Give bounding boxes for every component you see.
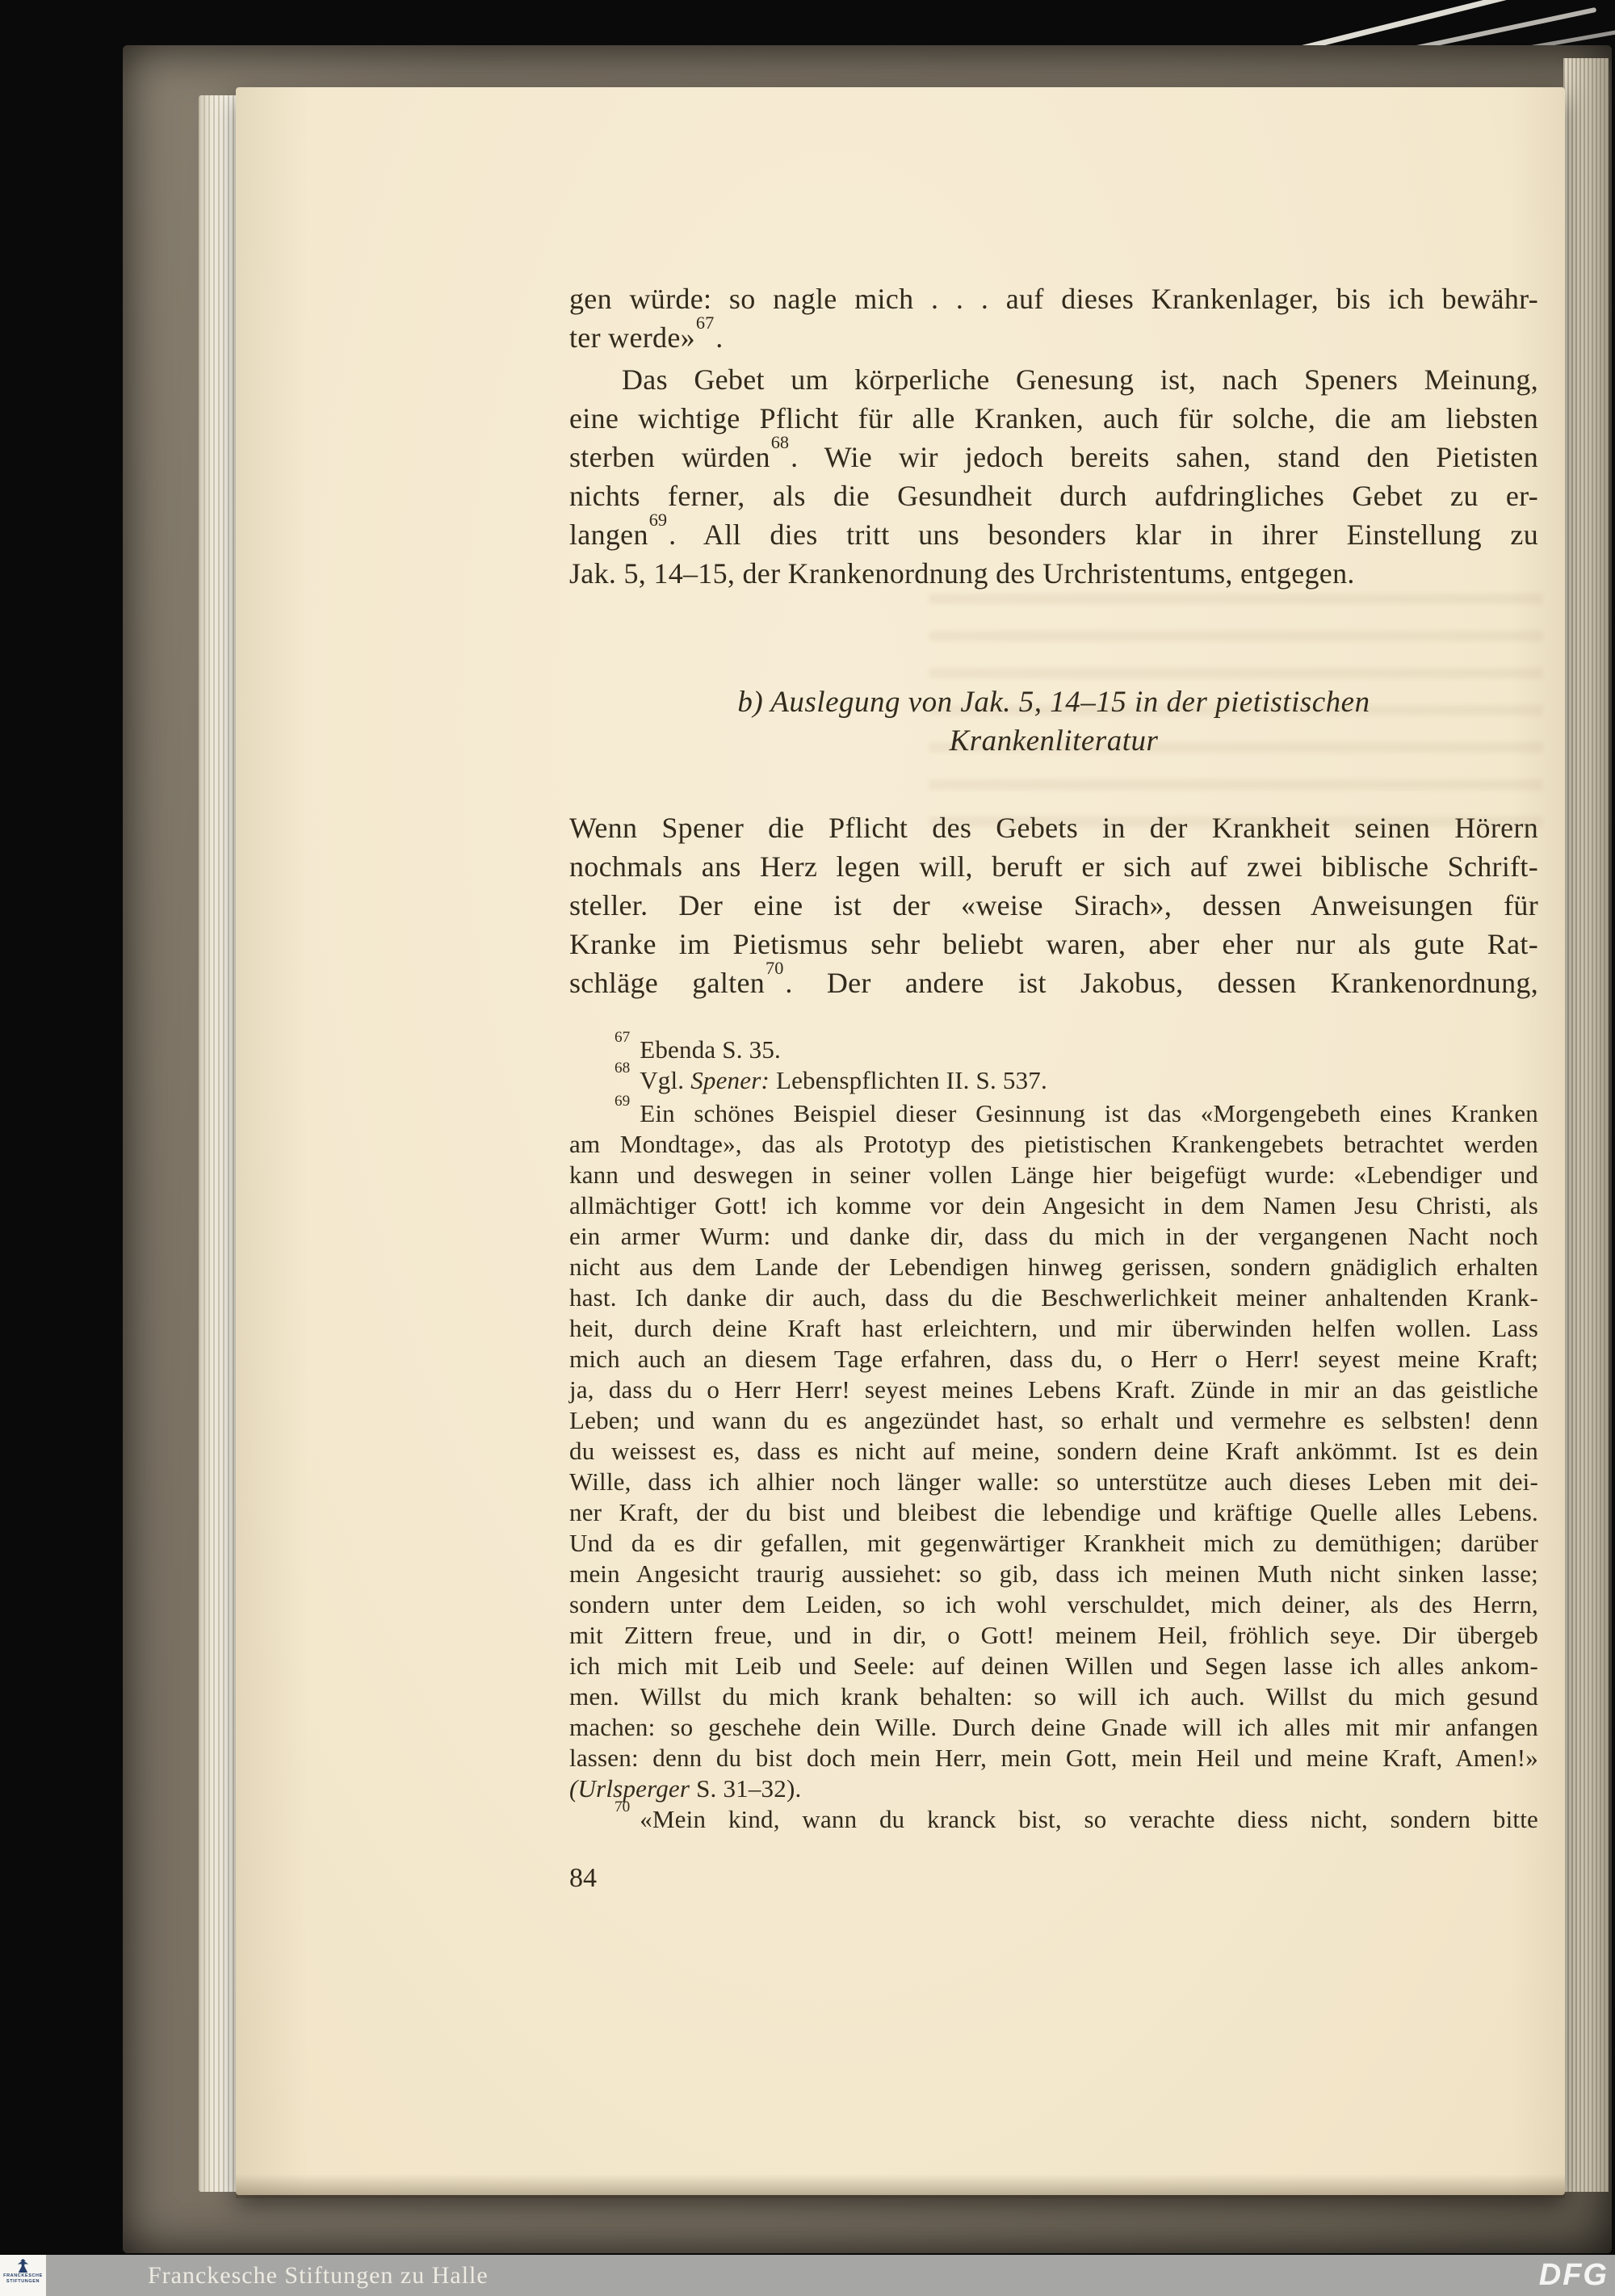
text-line: mein Angesicht traurig aussiehet: so gib…	[569, 1559, 1538, 1589]
text-line: mich auch an diesem Tage erfahren, dass …	[569, 1344, 1538, 1375]
text-line: Kranke im Pietismus sehr beliebt waren, …	[569, 925, 1538, 963]
text-line: machen: so geschehe dein Wille. Durch de…	[569, 1712, 1538, 1743]
text-line: nicht aus dem Lande der Lebendigen hinwe…	[569, 1252, 1538, 1282]
text-line: heit, durch deine Kraft hast erleichtern…	[569, 1313, 1538, 1344]
page-stack-right-edge	[1563, 58, 1609, 2192]
text-line: am Mondtage», das als Prototyp des pieti…	[569, 1129, 1538, 1160]
scanned-book-page: gen würde: so nagle mich . . . auf diese…	[0, 0, 1615, 2296]
footnote-ref-70: 70	[766, 958, 783, 978]
footnote-69-body: am Mondtage», das als Prototyp des pieti…	[569, 1129, 1538, 1773]
footnote-ref-68: 68	[771, 432, 789, 452]
text-line: ein armer Wurm: und danke dir, dass du m…	[569, 1221, 1538, 1252]
text-line: ner Kraft, der du bist und bleibest die …	[569, 1497, 1538, 1528]
footnote-number: 68	[615, 1060, 630, 1077]
eagle-icon	[17, 2259, 29, 2273]
text-line: Wenn Spener die Pflicht des Gebets in de…	[569, 808, 1538, 847]
text-line: hast. Ich danke dir auch, dass du die Be…	[569, 1282, 1538, 1313]
logo-caption: FRANCKESCHE STIFTUNGEN	[0, 2273, 46, 2284]
text-line: men. Willst du mich krank behalten: so w…	[569, 1681, 1538, 1712]
text-line: Das Gebet um körperliche Genesung ist, n…	[569, 360, 1538, 399]
text-line: gen würde: so nagle mich . . . auf diese…	[569, 279, 1538, 318]
footnote-number: 69	[615, 1093, 630, 1110]
footer-library-name: Franckesche Stiftungen zu Halle	[148, 2255, 489, 2296]
footnote-69-first-line: 69Ein schönes Beispiel dieser Gesinnung …	[569, 1098, 1538, 1129]
text-line: langen69. All dies tritt uns besonders k…	[569, 515, 1538, 554]
text-line: ter werde»67.	[569, 318, 1538, 357]
heading-line: b) Auslegung von Jak. 5, 14–15 in der pi…	[569, 683, 1538, 722]
section-heading: b) Auslegung von Jak. 5, 14–15 in der pi…	[569, 683, 1538, 761]
text-line: steller. Der eine ist der «weise Sirach»…	[569, 886, 1538, 925]
dfg-logo: DFG	[1539, 2255, 1609, 2296]
paragraph-2: Das Gebet um körperliche Genesung ist, n…	[569, 360, 1538, 593]
text-line: Und da es dir gefallen, mit gegenwärtige…	[569, 1528, 1538, 1559]
text-line: lassen: denn du bist doch mein Herr, mei…	[569, 1743, 1538, 1773]
footnote-ref-69: 69	[649, 510, 667, 530]
footnote-number: 67	[615, 1029, 630, 1046]
text-line: allmächtiger Gott! ich komme vor dein An…	[569, 1190, 1538, 1221]
footnote-67: 67Ebenda S. 35.	[569, 1035, 1538, 1065]
footnote-70: 70«Mein kind, wann du kranck bist, so ve…	[569, 1804, 1538, 1835]
text-line: mit Zittern freue, und in dir, o Gott! m…	[569, 1620, 1538, 1651]
text-line: Jak. 5, 14–15, der Krankenordnung des Ur…	[569, 554, 1538, 593]
text-line: eine wichtige Pflicht für alle Kranken, …	[569, 399, 1538, 438]
gutter-shadow	[236, 87, 308, 2195]
franckesche-stiftungen-logo: FRANCKESCHE STIFTUNGEN	[0, 2255, 46, 2296]
text-line: Leben; und wann du es angezündet hast, s…	[569, 1405, 1538, 1436]
footnote-69-source: (Urlsperger S. 31–32).	[569, 1773, 1538, 1804]
text-line: ich mich mit Leib und Seele: auf deinen …	[569, 1651, 1538, 1681]
text-line: Wille, dass ich alhier noch länger walle…	[569, 1467, 1538, 1497]
footnote-68: 68Vgl. Spener: Lebenspflichten II. S. 53…	[569, 1065, 1538, 1096]
footnote-ref-67: 67	[696, 313, 714, 333]
paragraph-1: gen würde: so nagle mich . . . auf diese…	[569, 279, 1538, 357]
footnote-number: 70	[615, 1799, 630, 1815]
text-line: kann und deswegen in seiner vollen Länge…	[569, 1160, 1538, 1190]
paragraph-3: Wenn Spener die Pflicht des Gebets in de…	[569, 808, 1538, 1002]
cited-author: Spener:	[690, 1066, 770, 1094]
scan-footer-bar: FRANCKESCHE STIFTUNGEN Franckesche Stift…	[0, 2255, 1615, 2296]
text-line: nochmals ans Herz legen will, beruft er …	[569, 847, 1538, 886]
text-line: du weissest es, dass es nicht auf meine,…	[569, 1436, 1538, 1467]
text-line: sondern unter dem Leiden, so ich wohl ve…	[569, 1589, 1538, 1620]
page-number: 84	[569, 1862, 1538, 1895]
text-line: nichts ferner, als die Gesundheit durch …	[569, 476, 1538, 515]
text-line: schläge galten70. Der andere ist Jakobus…	[569, 963, 1538, 1002]
text-line: ja, dass du o Herr Herr! seyest meines L…	[569, 1375, 1538, 1405]
page-bottom-shadow	[236, 2174, 1565, 2198]
heading-line: Krankenliteratur	[569, 722, 1538, 761]
text-line: sterben würden68. Wie wir jedoch bereits…	[569, 438, 1538, 476]
